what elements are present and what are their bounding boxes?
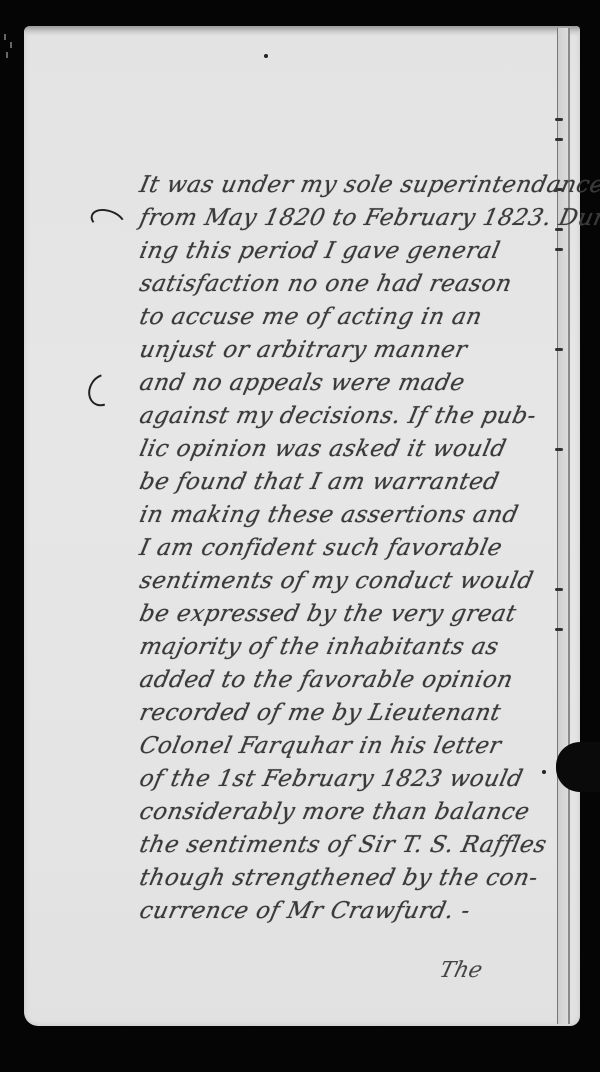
manuscript-line: Colonel Farquhar in his letter — [137, 733, 583, 759]
manuscript-line: considerably more than balance — [137, 799, 583, 825]
manuscript-line: added to the favorable opinion — [137, 667, 583, 693]
manuscript-line: It was under my sole superintendance — [137, 172, 583, 198]
manuscript-line: unjust or arbitrary manner — [137, 337, 583, 363]
pen-flourish — [87, 205, 128, 238]
manuscript-line: of the 1st February 1823 would — [137, 766, 583, 792]
manuscript-line: I am confident such favorable — [137, 535, 583, 561]
pen-flourish — [82, 368, 123, 411]
manuscript-line: the sentiments of Sir T. S. Raffles — [137, 832, 583, 858]
manuscript-line: recorded of me by Lieutenant — [137, 700, 583, 726]
manuscript-line: and no appeals were made — [137, 370, 583, 396]
manuscript-line: be expressed by the very great — [137, 601, 583, 627]
manuscript-line: currence of Mr Crawfurd. - — [137, 898, 583, 924]
manuscript-line: from May 1820 to February 1823. During — [137, 205, 583, 231]
manuscript-line: ing this period I gave general — [137, 238, 583, 264]
manuscript-line: in making these assertions and — [137, 502, 583, 528]
manuscript-line: majority of the inhabitants as — [137, 634, 583, 660]
manuscript-line: be found that I am warranted — [137, 469, 583, 495]
manuscript-line: against my decisions. If the pub- — [137, 403, 583, 429]
catchword: The — [437, 958, 485, 983]
manuscript-line: satisfaction no one had reason — [137, 271, 583, 297]
manuscript-line: though strengthened by the con- — [137, 865, 583, 891]
manuscript-line: lic opinion was asked it would — [137, 436, 583, 462]
manuscript-text: It was under my sole superintendance fro… — [0, 0, 600, 1072]
manuscript-line: sentiments of my conduct would — [137, 568, 583, 594]
manuscript-line: to accuse me of acting in an — [137, 304, 583, 330]
